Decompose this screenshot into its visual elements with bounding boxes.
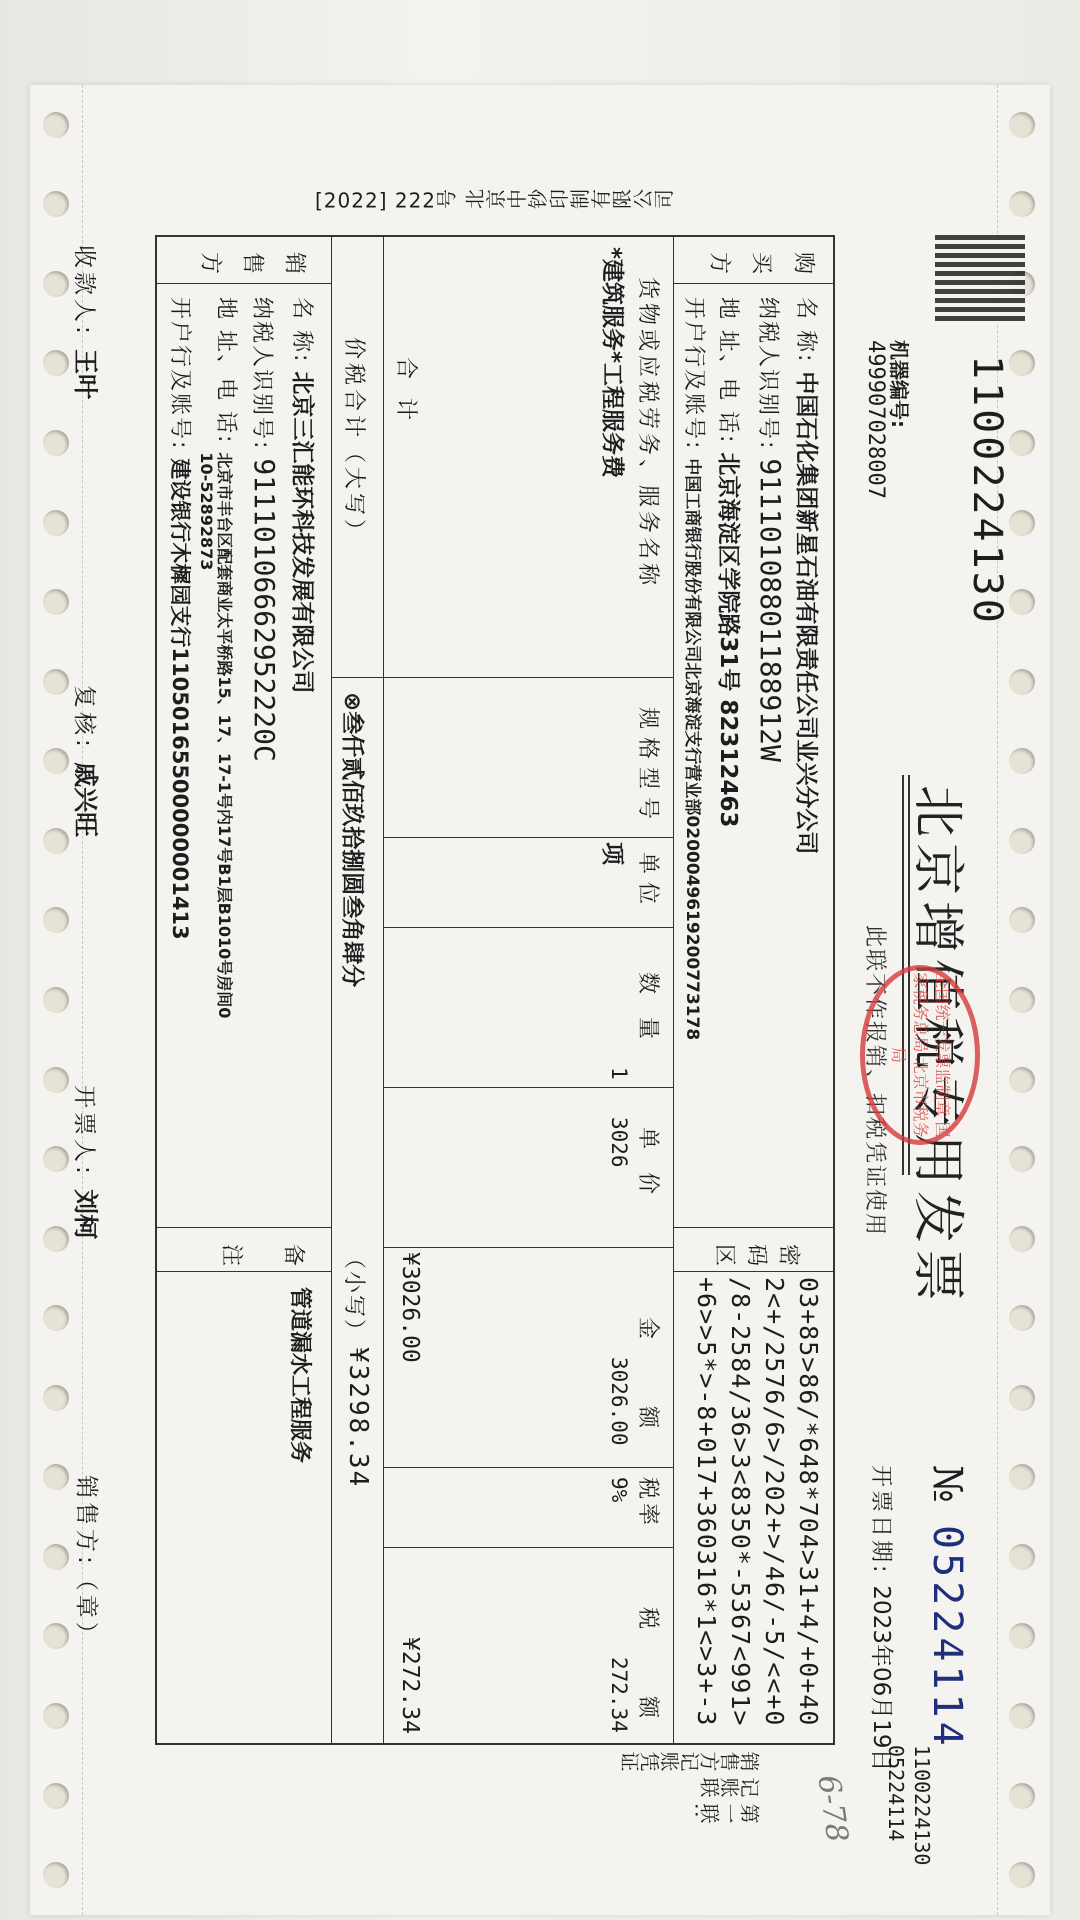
item-tax: 272.34 — [607, 1657, 631, 1733]
seller-tax-id-label: 纳税人识别号: — [248, 297, 279, 450]
items-section: 货物或应税劳务、服务名称 规格型号 单位 数 量 单 价 金 额 税率 税 额 … — [383, 237, 673, 1743]
grand-total-small: ¥3298.34 — [343, 1347, 373, 1488]
seller-address-label: 地 址、电 话: — [212, 297, 243, 444]
copy-label: 第一联: 记账联 销售方记账凭证 — [620, 1765, 760, 1825]
col-header-tax-rate: 税率 — [634, 1477, 665, 1529]
seller-phone: 10-52892873 — [197, 452, 215, 1018]
item-name: *建筑服务*工程服务费 — [598, 247, 631, 478]
seller-tax-id: 91110106662952220C — [248, 458, 281, 761]
cipher-line: 03+85>86/*648*704>31+4/+0+40 — [791, 1277, 825, 1726]
issuer-label: 开票人: — [71, 1085, 97, 1178]
seller-bank-label: 开户行及账号: — [166, 297, 197, 450]
grand-total-row: 价税合计（大写） ⊗叁仟贰佰玖拾捌圆叁角肆分 （小写） ¥3298.34 — [331, 237, 383, 1743]
col-header-tax: 税 额 — [634, 1607, 665, 1748]
issuer-name: 刘柯 — [71, 1189, 100, 1239]
item-unit-price: 3026 — [607, 1117, 631, 1168]
cipher-area-label: 密码区 — [673, 1233, 833, 1273]
seller-seal: 销售方:（章） — [72, 1475, 105, 1649]
cipher-area: 03+85>86/*648*704>31+4/+0+40 2<+/2576/6>… — [689, 1277, 825, 1726]
reviewer-label: 复核: — [71, 685, 97, 751]
invoice-table: 购买方 名 称:中国石化集团新星石油有限责任公司业兴分公司 纳税人识别号:911… — [155, 235, 835, 1745]
payee-name: 王叶 — [71, 349, 100, 399]
buyer-address: 北京海淀区学院路31号 82312463 — [714, 452, 747, 827]
payee: 收款人: 王叶 — [69, 245, 105, 399]
issue-date-value: 2023年06月19日 — [868, 1585, 894, 1771]
buyer-section: 购买方 名 称:中国石化集团新星石油有限责任公司业兴分公司 纳税人识别号:911… — [673, 237, 833, 1743]
invoice-number-label: № — [924, 1465, 970, 1503]
buyer-name: 中国石化集团新星石油有限责任公司业兴分公司 — [792, 371, 825, 854]
machine-number: 499907028007 — [863, 340, 888, 499]
seller-name: 北京三汇能环科技发展有限公司 — [288, 371, 321, 693]
col-header-amount: 金 额 — [634, 1317, 665, 1458]
col-header-spec: 规格型号 — [634, 707, 665, 827]
buyer-tax-id: 91110108801188912W — [754, 458, 787, 761]
grand-total-label: 价税合计（大写） — [340, 337, 371, 545]
corner-codes: 1100224130 05224114 — [883, 1745, 935, 1865]
qr-code-icon — [935, 235, 1025, 325]
copy-label-line: 销售方记账凭证 — [620, 1747, 760, 1773]
grand-total-words: ⊗叁仟贰佰玖拾捌圆叁角肆分 — [338, 692, 371, 987]
supervision-stamp: 全国统一发票监制章 国家税务总局 北京市税务局 — [860, 965, 980, 1145]
buyer-bank-label: 开户行及账号: — [680, 297, 711, 450]
payee-label: 收款人: — [71, 245, 97, 338]
buyer-address-label: 地 址、电 话: — [714, 297, 745, 444]
col-header-quantity: 数 量 — [634, 972, 665, 1047]
reviewer-name: 戚兴旺 — [71, 762, 100, 837]
handwritten-note: 6-78 — [810, 1773, 854, 1845]
invoice-number: 05224114 — [924, 1525, 970, 1750]
remarks-text: 管道漏水工程服务 — [286, 1287, 317, 1463]
total-label: 合 计 — [392, 357, 423, 426]
reviewer: 复核: 戚兴旺 — [69, 685, 105, 837]
item-unit: 项 — [598, 842, 631, 865]
buyer-section-label: 购买方 — [673, 241, 833, 281]
copy-label-line: 第一联: — [620, 1799, 760, 1825]
col-header-name: 货物或应税劳务、服务名称 — [634, 277, 665, 589]
cipher-line: 2<+/2576/6>/202+>/46/-5/<<+0 — [757, 1277, 791, 1726]
corner-invoice-number: 05224114 — [883, 1745, 909, 1865]
buyer-name-label: 名 称: — [792, 297, 823, 363]
printer-note: [2022] 222号 北京中钞印制有限公司 — [155, 180, 835, 220]
item-amount: 3026.00 — [607, 1357, 631, 1446]
issue-date: 开票日期: 2023年06月19日 — [867, 1465, 900, 1772]
seller-bank: 建设银行木樨园支行11050165500000001413 — [166, 458, 196, 939]
issuer: 开票人: 刘柯 — [69, 1085, 105, 1239]
buyer-tax-id-label: 纳税人识别号: — [754, 297, 785, 450]
cipher-line: +6>>5*>-8+017+360316*1<>3+-3 — [689, 1277, 723, 1726]
total-tax: ¥272.34 — [397, 1637, 423, 1734]
seller-section: 销售方 名 称:北京三汇能环科技发展有限公司 纳税人识别号:9111010666… — [157, 237, 331, 1743]
seller-address: 北京市丰台区配套商业太平桥路15、17、17-1号内17号B1层B1010号房间… — [215, 452, 233, 1018]
remarks-label: 备注 — [157, 1233, 331, 1273]
item-quantity: 1 — [607, 1067, 631, 1080]
col-header-unit-price: 单 价 — [634, 1127, 665, 1202]
machine-number-label: 机器编号: — [886, 340, 915, 428]
vat-invoice-sheet: 1100224130 机器编号: 499907028007 北京增值税专用发票 … — [30, 85, 1050, 1915]
grand-total-small-label: （小写） — [340, 1247, 371, 1343]
item-tax-rate: 9% — [607, 1477, 631, 1502]
total-amount: ¥3026.00 — [397, 1252, 423, 1363]
buyer-bank: 中国工商银行股份有限公司北京海淀支行营业部0200049619200773178 — [682, 458, 707, 1040]
corner-invoice-code: 1100224130 — [909, 1745, 935, 1865]
seller-name-label: 名 称: — [288, 297, 319, 363]
copy-label-line: 记账联 — [620, 1773, 760, 1799]
cipher-line: /8-2584/36>3<8350*-5367<991> — [723, 1277, 757, 1726]
issue-date-label: 开票日期: — [868, 1465, 893, 1575]
col-header-unit: 单位 — [634, 852, 665, 912]
invoice-code: 1100224130 — [964, 355, 1010, 626]
seller-section-label: 销售方 — [157, 241, 331, 281]
